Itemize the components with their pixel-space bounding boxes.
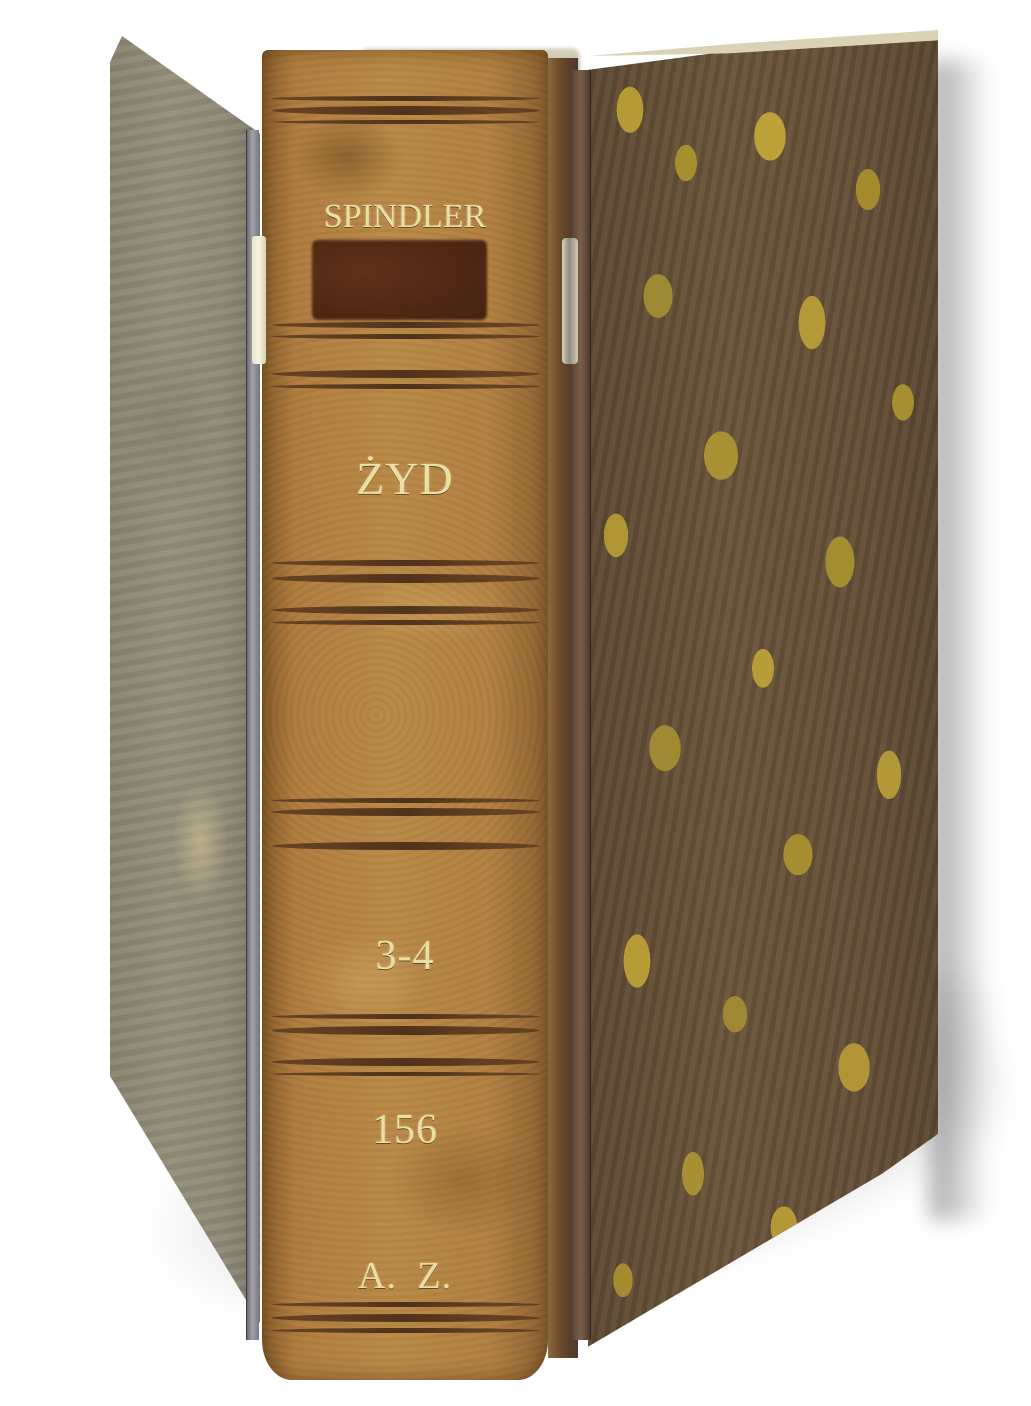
spine-band-3 bbox=[268, 796, 544, 840]
spine-number-text: 156 bbox=[262, 1106, 548, 1154]
spine-band-2 bbox=[268, 556, 544, 600]
book-left-cover bbox=[110, 36, 260, 1336]
product-photo-scene: SPINDLER ŻYD 3-4 156 A. Z. bbox=[0, 0, 1031, 1406]
spine-dark-label-patch bbox=[312, 240, 487, 320]
spine-initials-text: A. Z. bbox=[262, 1254, 548, 1298]
spine-band-4 bbox=[268, 1012, 544, 1056]
spine-band-tail bbox=[268, 1300, 544, 1344]
spine-band-head bbox=[268, 90, 544, 134]
book-right-cover-marbled bbox=[588, 30, 938, 1360]
spine-band-1 bbox=[268, 320, 544, 364]
spine-title-text: ŻYD bbox=[262, 452, 548, 505]
paper-slip-right bbox=[562, 238, 578, 364]
spine-volume-text: 3-4 bbox=[262, 932, 548, 980]
spine-author-text: SPINDLER bbox=[262, 198, 548, 236]
book-side-shadow bbox=[930, 60, 990, 1220]
paper-slip-left bbox=[252, 236, 266, 364]
